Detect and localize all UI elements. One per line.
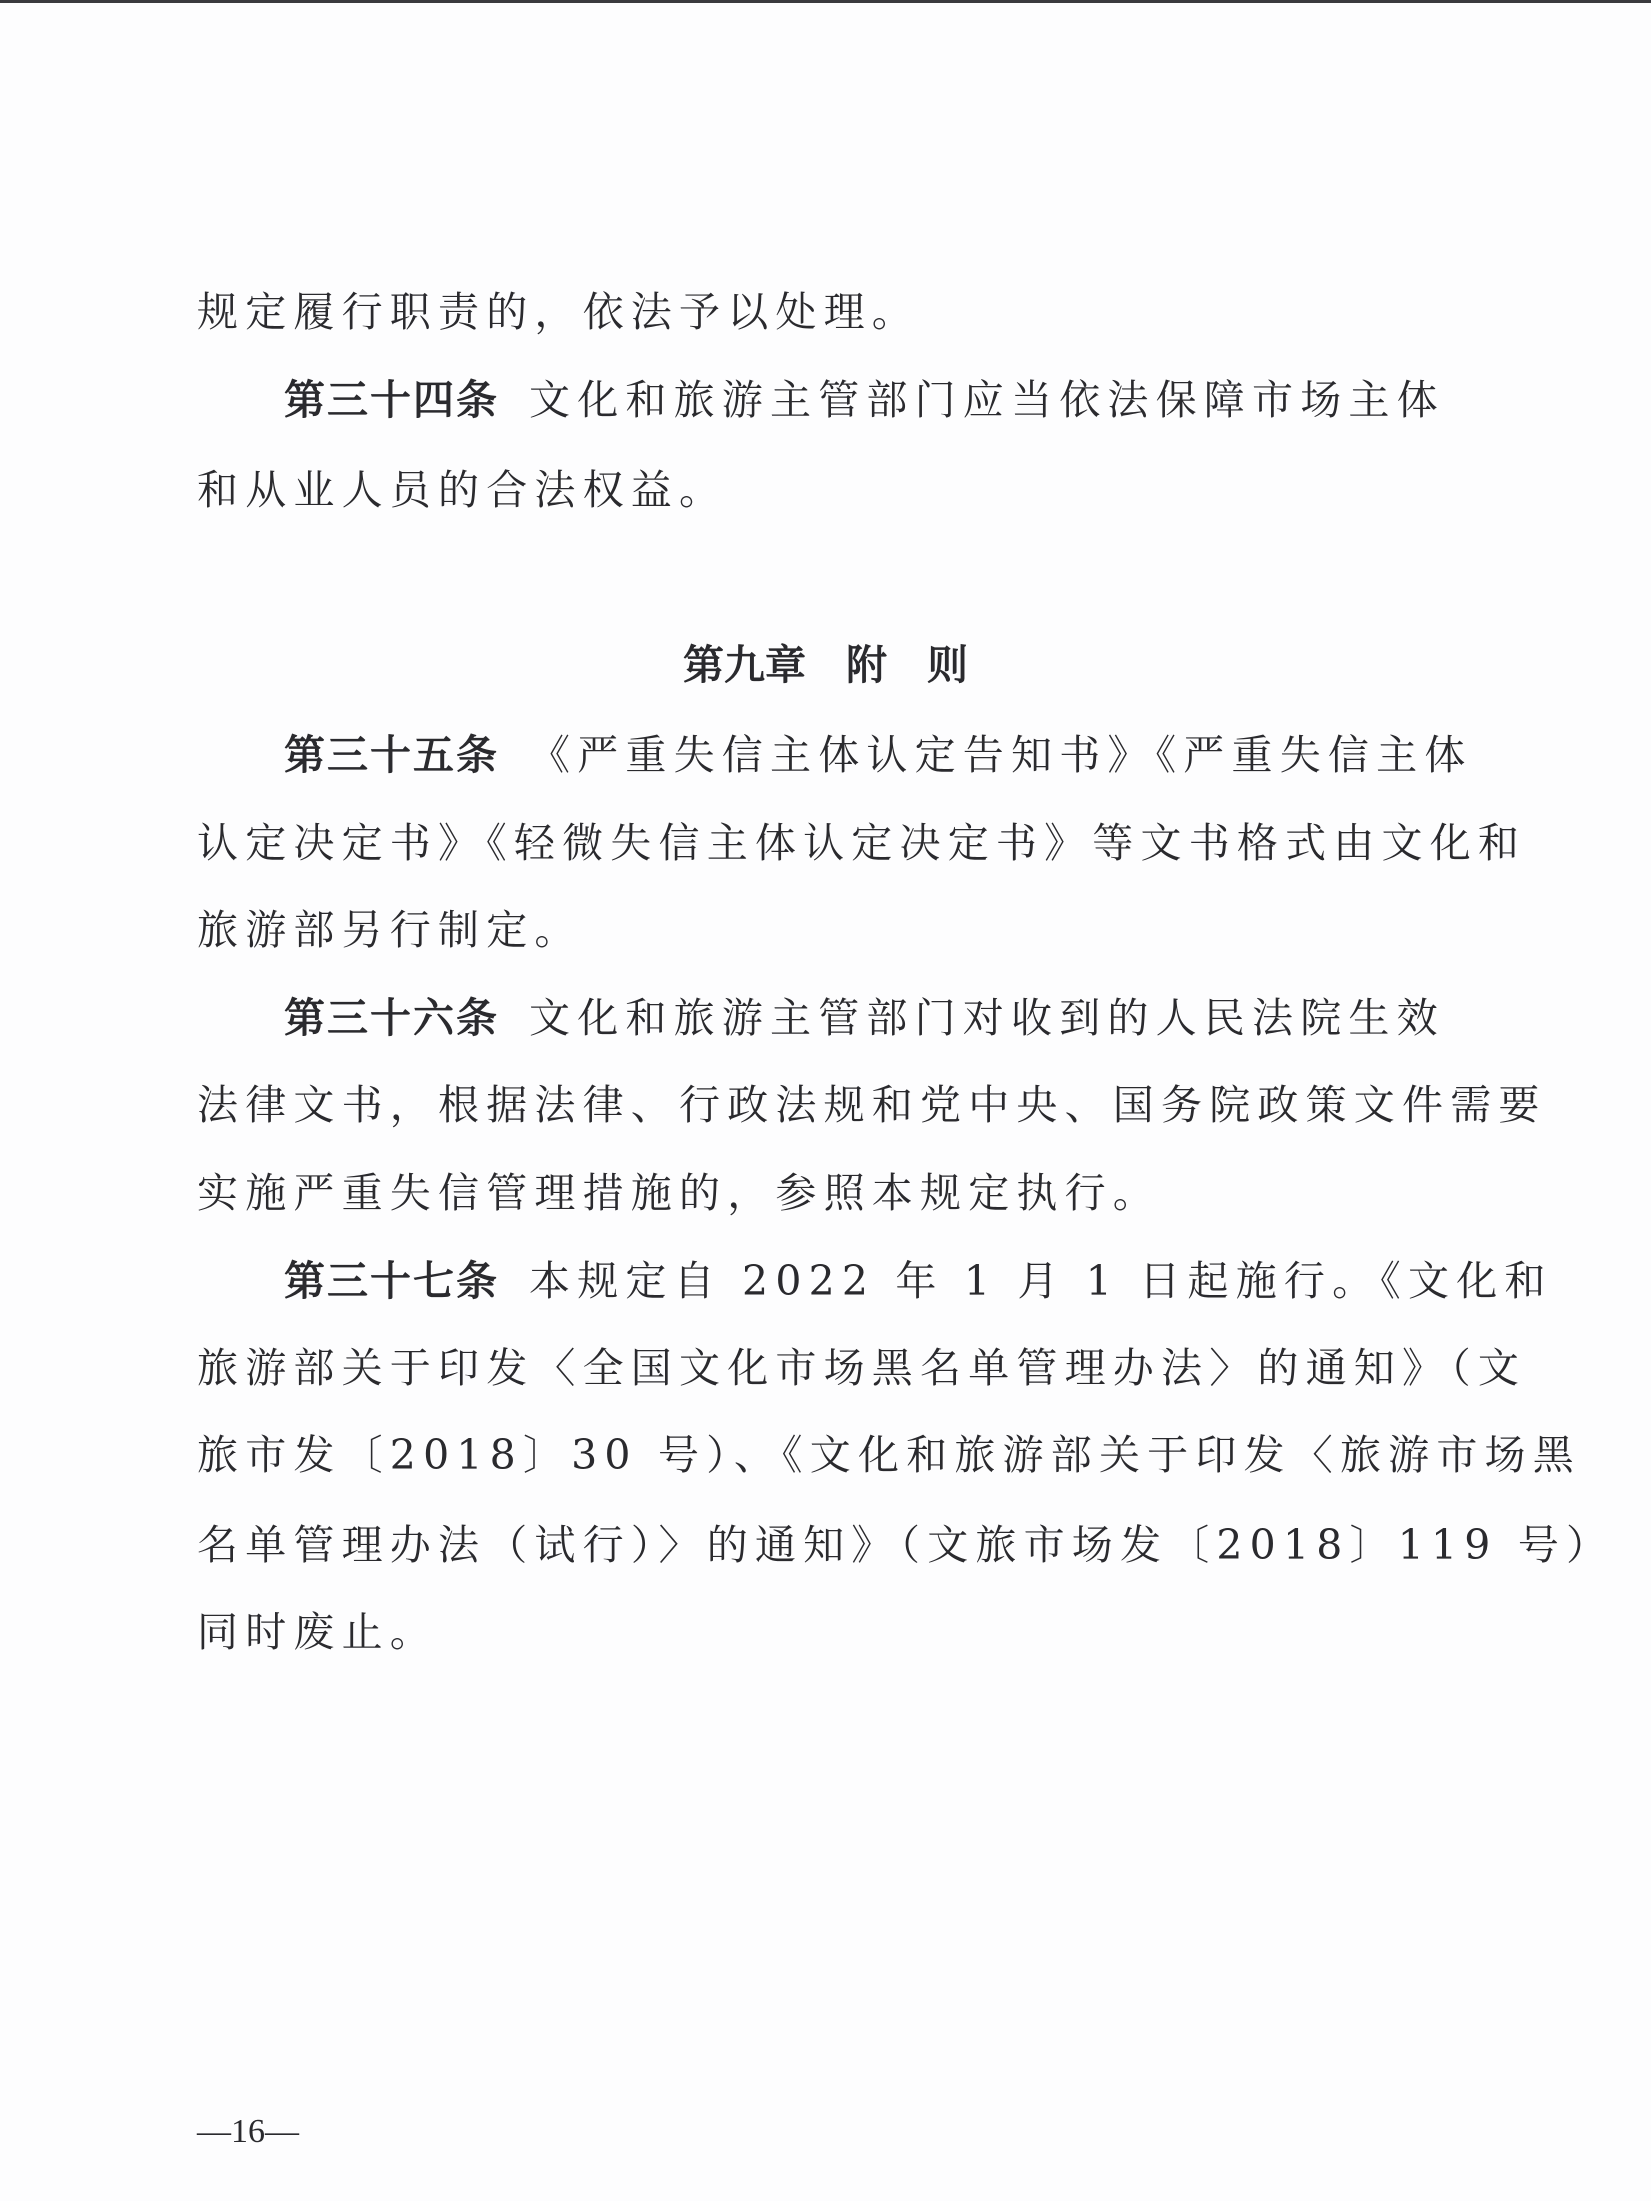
line-text: 本规定自 2022 年 1 月 1 日起施行。《文化和 [529, 1257, 1553, 1305]
line-text: 《严重失信主体认定告知书》《严重失信主体 [529, 731, 1473, 779]
line-text: 旅市发〔2018〕30 号）、《文化和旅游部关于印发〈旅游市场黑 [197, 1431, 1581, 1479]
scan-top-edge [0, 0, 1651, 3]
paragraph-line: 和从业人员的合法权益。 [197, 462, 1432, 518]
article-35-line: 第三十五条《严重失信主体认定告知书》《严重失信主体 [284, 727, 1432, 783]
line-text: 文化和旅游主管部门应当依法保障市场主体 [529, 376, 1445, 424]
article-heading: 第三十七条 [284, 1257, 499, 1305]
chapter-number: 第九章 [683, 637, 806, 693]
paragraph-line: 实施严重失信管理措施的，参照本规定执行。 [197, 1165, 1432, 1221]
line-text: 规定履行职责的，依法予以处理。 [197, 288, 920, 336]
paragraph-line: 同时废止。 [197, 1604, 1432, 1660]
line-text: 文化和旅游主管部门对收到的人民法院生效 [529, 994, 1445, 1042]
line-text: 旅游部关于印发〈全国文化市场黑名单管理办法〉的通知》（文 [197, 1344, 1526, 1392]
paragraph-line: 认定决定书》《轻微失信主体认定决定书》等文书格式由文化和 [197, 815, 1432, 871]
line-text: 实施严重失信管理措施的，参照本规定执行。 [197, 1169, 1161, 1217]
paragraph-line: 旅市发〔2018〕30 号）、《文化和旅游部关于印发〈旅游市场黑 [197, 1427, 1432, 1483]
line-text: 和从业人员的合法权益。 [197, 466, 727, 514]
paragraph-line: 规定履行职责的，依法予以处理。 [197, 284, 1432, 340]
paragraph-line: 旅游部另行制定。 [197, 902, 1432, 958]
line-text: 名单管理办法（试行）〉的通知》（文旅市场发〔2018〕119 号） [197, 1521, 1614, 1569]
article-heading: 第三十六条 [284, 994, 499, 1042]
article-34-line: 第三十四条文化和旅游主管部门应当依法保障市场主体 [284, 372, 1432, 428]
article-heading: 第三十五条 [284, 731, 499, 779]
line-text: 同时废止。 [197, 1608, 438, 1656]
article-37-line: 第三十七条本规定自 2022 年 1 月 1 日起施行。《文化和 [284, 1253, 1432, 1309]
line-text: 法律文书，根据法律、行政法规和党中央、国务院政策文件需要 [197, 1081, 1547, 1129]
chapter-name-1: 附 [846, 637, 887, 693]
chapter-name-2: 则 [927, 637, 968, 693]
line-text: 认定决定书》《轻微失信主体认定决定书》等文书格式由文化和 [197, 819, 1526, 867]
page-number: —16— [197, 2113, 299, 2151]
paragraph-line: 法律文书，根据法律、行政法规和党中央、国务院政策文件需要 [197, 1077, 1432, 1133]
article-36-line: 第三十六条文化和旅游主管部门对收到的人民法院生效 [284, 990, 1432, 1046]
paragraph-line: 旅游部关于印发〈全国文化市场黑名单管理办法〉的通知》（文 [197, 1340, 1432, 1396]
article-heading: 第三十四条 [284, 376, 499, 424]
line-text: 旅游部另行制定。 [197, 906, 583, 954]
chapter-title: 第九章附则 [0, 637, 1651, 693]
paragraph-line: 名单管理办法（试行）〉的通知》（文旅市场发〔2018〕119 号） [197, 1517, 1432, 1573]
